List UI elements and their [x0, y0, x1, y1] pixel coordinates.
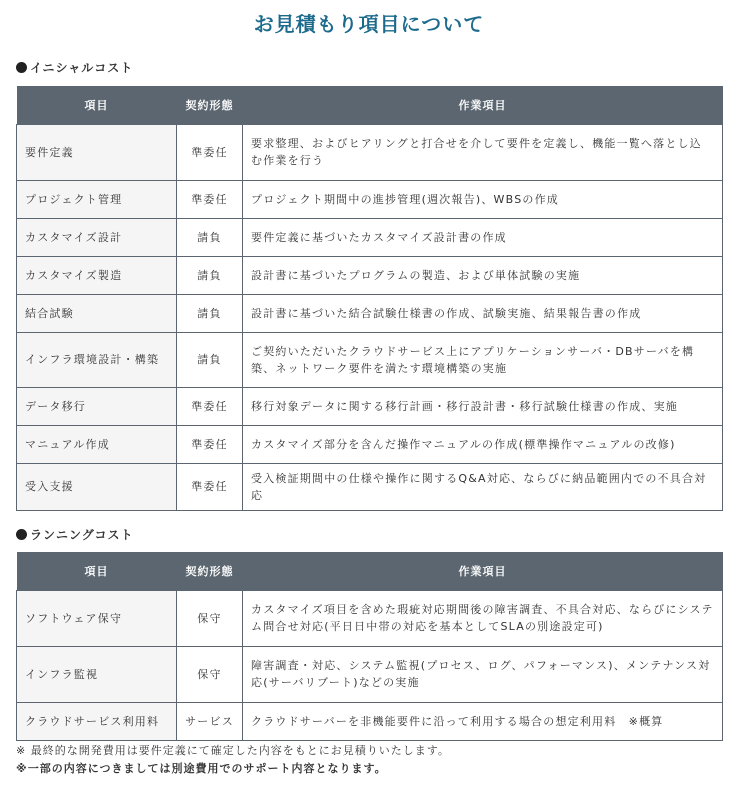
cell-work: カスタマイズ部分を含んだ操作マニュアルの作成(標準操作マニュアルの改修) [243, 425, 723, 463]
cell-contract: 請負 [177, 218, 243, 256]
cell-item: 結合試験 [17, 294, 177, 332]
cell-item: マニュアル作成 [17, 425, 177, 463]
initial-cost-table: 項目 契約形態 作業項目 要件定義 準委任 要求整理、およびヒアリングと打合せを… [16, 86, 723, 511]
note-final-estimate: ※ 最終的な開発費用は要件定義にて確定した内容をもとにお見積りいたします。 [16, 742, 450, 758]
cell-item: カスタマイズ製造 [17, 256, 177, 294]
table-header-row: 項目 契約形態 作業項目 [17, 86, 723, 124]
cell-contract: 準委任 [177, 180, 243, 218]
header-contract: 契約形態 [177, 552, 243, 590]
page-title: お見積もり項目について [0, 8, 738, 37]
cell-work: ご契約いただいたクラウドサービス上にアプリケーションサーバ・DBサーバを構築、ネ… [243, 332, 723, 387]
cell-work: 設計書に基づいたプログラムの製造、および単体試験の実施 [243, 256, 723, 294]
table-row: データ移行 準委任 移行対象データに関する移行計画・移行設計書・移行試験仕様書の… [17, 387, 723, 425]
bullet-icon [16, 62, 27, 73]
header-item: 項目 [17, 86, 177, 124]
cell-contract: 準委任 [177, 124, 243, 180]
cell-work: プロジェクト期間中の進捗管理(週次報告)、WBSの作成 [243, 180, 723, 218]
cell-contract: 保守 [177, 590, 243, 646]
bullet-icon [16, 529, 27, 540]
cell-item: プロジェクト管理 [17, 180, 177, 218]
section-label-running-cost: ランニングコスト [16, 526, 134, 543]
cell-work: 移行対象データに関する移行計画・移行設計書・移行試験仕様書の作成、実施 [243, 387, 723, 425]
table-row: インフラ監視 保守 障害調査・対応、システム監視(プロセス、ログ、パフォーマンス… [17, 646, 723, 702]
cell-item: データ移行 [17, 387, 177, 425]
table-header-row: 項目 契約形態 作業項目 [17, 552, 723, 590]
table-row: クラウドサービス利用料 サービス クラウドサーバーを非機能要件に沿って利用する場… [17, 702, 723, 740]
header-work: 作業項目 [243, 552, 723, 590]
cell-contract: 請負 [177, 256, 243, 294]
section-title: イニシャルコスト [30, 59, 133, 76]
running-cost-table: 項目 契約形態 作業項目 ソフトウェア保守 保守 カスタマイズ項目を含めた瑕疵対… [16, 552, 723, 741]
table-row: 結合試験 請負 設計書に基づいた結合試験仕様書の作成、試験実施、結果報告書の作成 [17, 294, 723, 332]
table-row: カスタマイズ設計 請負 要件定義に基づいたカスタマイズ設計書の作成 [17, 218, 723, 256]
table-row: カスタマイズ製造 請負 設計書に基づいたプログラムの製造、および単体試験の実施 [17, 256, 723, 294]
cell-item: ソフトウェア保守 [17, 590, 177, 646]
header-contract: 契約形態 [177, 86, 243, 124]
header-item: 項目 [17, 552, 177, 590]
table-row: 要件定義 準委任 要求整理、およびヒアリングと打合せを介して要件を定義し、機能一… [17, 124, 723, 180]
cell-contract: 請負 [177, 332, 243, 387]
cell-contract: サービス [177, 702, 243, 740]
table-row: マニュアル作成 準委任 カスタマイズ部分を含んだ操作マニュアルの作成(標準操作マ… [17, 425, 723, 463]
cell-contract: 保守 [177, 646, 243, 702]
cell-work: カスタマイズ項目を含めた瑕疵対応期間後の障害調査、不具合対応、ならびにシステム問… [243, 590, 723, 646]
section-title: ランニングコスト [30, 526, 134, 543]
table-row: 受入支援 準委任 受入検証期間中の仕様や操作に関するQ&A対応、ならびに納品範囲… [17, 463, 723, 510]
cell-work: 要件定義に基づいたカスタマイズ設計書の作成 [243, 218, 723, 256]
cell-contract: 準委任 [177, 387, 243, 425]
cell-contract: 請負 [177, 294, 243, 332]
table-row: ソフトウェア保守 保守 カスタマイズ項目を含めた瑕疵対応期間後の障害調査、不具合… [17, 590, 723, 646]
cell-work: 障害調査・対応、システム監視(プロセス、ログ、パフォーマンス)、メンテナンス対応… [243, 646, 723, 702]
cell-item: インフラ環境設計・構築 [17, 332, 177, 387]
header-work: 作業項目 [243, 86, 723, 124]
cell-work: 設計書に基づいた結合試験仕様書の作成、試験実施、結果報告書の作成 [243, 294, 723, 332]
cell-contract: 準委任 [177, 425, 243, 463]
cell-work: 受入検証期間中の仕様や操作に関するQ&A対応、ならびに納品範囲内での不具合対応 [243, 463, 723, 510]
section-label-initial-cost: イニシャルコスト [16, 59, 133, 76]
cell-contract: 準委任 [177, 463, 243, 510]
cell-item: インフラ監視 [17, 646, 177, 702]
cell-work: 要求整理、およびヒアリングと打合せを介して要件を定義し、機能一覧へ落とし込む作業… [243, 124, 723, 180]
table-row: インフラ環境設計・構築 請負 ご契約いただいたクラウドサービス上にアプリケーショ… [17, 332, 723, 387]
cell-work: クラウドサーバーを非機能要件に沿って利用する場合の想定利用料 ※概算 [243, 702, 723, 740]
table-row: プロジェクト管理 準委任 プロジェクト期間中の進捗管理(週次報告)、WBSの作成 [17, 180, 723, 218]
cell-item: 要件定義 [17, 124, 177, 180]
cell-item: 受入支援 [17, 463, 177, 510]
note-separate-cost: ※一部の内容につきましては別途費用でのサポート内容となります。 [16, 760, 387, 776]
cell-item: カスタマイズ設計 [17, 218, 177, 256]
cell-item: クラウドサービス利用料 [17, 702, 177, 740]
